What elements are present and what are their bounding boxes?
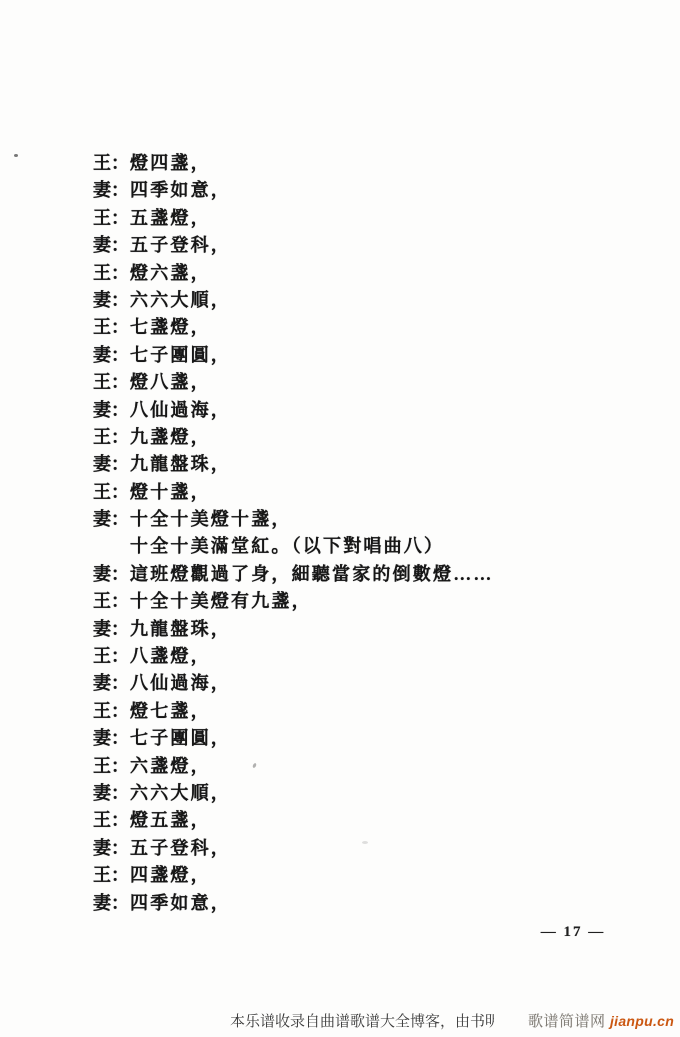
speaker-label: 王： <box>93 260 130 287</box>
speaker-label: 妻： <box>93 287 130 314</box>
dialogue-line: 王：燈十盞， <box>93 479 633 506</box>
speaker-label: 王： <box>93 479 130 506</box>
dialogue-line: 王：燈六盞， <box>93 260 633 287</box>
dialogue-line: 王：十全十美燈有九盞， <box>93 588 633 615</box>
dialogue-text: 十全十美燈十盞， <box>130 509 292 529</box>
dialogue-line: 妻：七子團圓， <box>93 725 633 752</box>
scan-speck <box>362 841 368 844</box>
dialogue-text: 燈十盞， <box>130 482 211 502</box>
watermark-domain-link: jianpu.cn <box>610 1013 674 1029</box>
dialogue-line: 王：燈七盞， <box>93 698 633 725</box>
dialogue-line: 妻：五子登科， <box>93 232 633 259</box>
speaker-label: 妻： <box>93 616 130 643</box>
dialogue-line: 十全十美滿堂紅。（以下對唱曲八） <box>93 533 633 560</box>
speaker-label: 王： <box>93 424 130 451</box>
speaker-label: 王： <box>93 807 130 834</box>
dialogue-line: 妻：這班燈觀過了身，細聽當家的倒數燈…… <box>93 561 633 588</box>
speaker-label: 妻： <box>93 397 130 424</box>
dialogue-line: 妻：十全十美燈十盞， <box>93 506 633 533</box>
dialogue-text: 五子登科， <box>130 235 231 255</box>
speaker-label: 王： <box>93 150 130 177</box>
speaker-label: 妻： <box>93 780 130 807</box>
speaker-label: 王： <box>93 205 130 232</box>
dialogue-line: 王：燈四盞， <box>93 150 633 177</box>
dialogue-line: 妻：七子團圓， <box>93 342 633 369</box>
dialogue-text: 六六大順， <box>130 290 231 310</box>
dialogue-line: 王：燈八盞， <box>93 369 633 396</box>
speaker-label: 妻： <box>93 177 130 204</box>
speaker-label: 王： <box>93 314 130 341</box>
dialogue-text: 九龍盤珠， <box>130 454 231 474</box>
page-number: — 17 — <box>528 924 618 941</box>
dialogue-text: 八仙過海， <box>130 400 231 420</box>
speaker-label: 妻： <box>93 561 130 588</box>
dialogue-line: 王：八盞燈， <box>93 643 633 670</box>
dialogue-text: 四季如意， <box>130 180 231 200</box>
dialogue-text: 九盞燈， <box>130 427 211 447</box>
speaker-label: 妻： <box>93 342 130 369</box>
scan-speck <box>14 154 18 157</box>
dialogue-text: 燈六盞， <box>130 263 211 283</box>
dialogue-text: 五盞燈， <box>130 208 211 228</box>
dialogue-line: 妻：九龍盤珠， <box>93 616 633 643</box>
dialogue-line: 妻：八仙過海， <box>93 670 633 697</box>
dialogue-line: 妻：九龍盤珠， <box>93 451 633 478</box>
dialogue-text: 燈五盞， <box>130 810 211 830</box>
speaker-label: 王： <box>93 369 130 396</box>
speaker-label: 妻： <box>93 506 130 533</box>
speaker-label: 妻： <box>93 451 130 478</box>
dialogue-text: 八盞燈， <box>130 646 211 666</box>
speaker-label: 王： <box>93 753 130 780</box>
scan-speck <box>134 467 137 469</box>
dialogue-line: 妻：六六大順， <box>93 780 633 807</box>
scanned-score-page: 王：燈四盞， 妻：四季如意， 王：五盞燈， 妻：五子登科， 王：燈六盞， 妻：六… <box>0 0 680 1037</box>
dialogue-line: 妻：五子登科， <box>93 835 633 862</box>
dialogue-text: 五子登科， <box>130 838 231 858</box>
speaker-label: 妻： <box>93 835 130 862</box>
watermark: 歌谱简谱网 jianpu.cn <box>528 1010 674 1031</box>
dialogue-line: 妻：四季如意， <box>93 177 633 204</box>
dialogue-text: 六六大順， <box>130 783 231 803</box>
dialogue-line: 王：燈五盞， <box>93 807 633 834</box>
dialogue-text: 七盞燈， <box>130 317 211 337</box>
footer-notice: 本乐谱收录自曲谱歌谱大全博客，由书明 <box>230 1010 494 1031</box>
watermark-site-name: 歌谱简谱网 <box>528 1013 606 1030</box>
speaker-label: 妻： <box>93 670 130 697</box>
dialogue-text: 七子團圓， <box>130 345 231 365</box>
speaker-label: 妻： <box>93 890 130 917</box>
dialogue-text: 這班燈觀過了身，細聽當家的倒數燈…… <box>130 564 494 584</box>
footer-notice-text: 本乐谱收录自曲谱歌谱大全博客，由书 <box>230 1013 485 1030</box>
dialogue-line: 王：六盞燈， <box>93 753 633 780</box>
dialogue-text: 燈七盞， <box>130 701 211 721</box>
dialogue-text: 燈四盞， <box>130 153 211 173</box>
footer-bar: 本乐谱收录自曲谱歌谱大全博客，由书明 歌谱简谱网 jianpu.cn <box>0 1004 680 1037</box>
speaker-label: 妻： <box>93 725 130 752</box>
dialogue-text: 十全十美燈有九盞， <box>130 591 312 611</box>
dialogue-text: 燈八盞， <box>130 372 211 392</box>
dialogue-text: 十全十美滿堂紅。（以下對唱曲八） <box>130 536 444 556</box>
dialogue-line: 王：四盞燈， <box>93 862 633 889</box>
dialogue-text: 七子團圓， <box>130 728 231 748</box>
speaker-label: 王： <box>93 643 130 670</box>
dialogue-line: 王：五盞燈， <box>93 205 633 232</box>
dialogue-line: 妻：八仙過海， <box>93 397 633 424</box>
dialogue-line: 王：七盞燈， <box>93 314 633 341</box>
dialogue-line: 妻：四季如意， <box>93 890 633 917</box>
speaker-label: 王： <box>93 698 130 725</box>
dialogue-text: 四盞燈， <box>130 865 211 885</box>
speaker-label: 妻： <box>93 232 130 259</box>
dialogue-text: 八仙過海， <box>130 673 231 693</box>
dialogue-lines: 王：燈四盞， 妻：四季如意， 王：五盞燈， 妻：五子登科， 王：燈六盞， 妻：六… <box>93 150 633 917</box>
dialogue-text: 九龍盤珠， <box>130 619 231 639</box>
dialogue-text: 四季如意， <box>130 893 231 913</box>
speaker-label: 王： <box>93 588 130 615</box>
dialogue-text: 六盞燈， <box>130 756 211 776</box>
dialogue-line: 王：九盞燈， <box>93 424 633 451</box>
speaker-label: 王： <box>93 862 130 889</box>
footer-notice-clipped-char: 明 <box>485 1010 494 1031</box>
dialogue-line: 妻：六六大順， <box>93 287 633 314</box>
